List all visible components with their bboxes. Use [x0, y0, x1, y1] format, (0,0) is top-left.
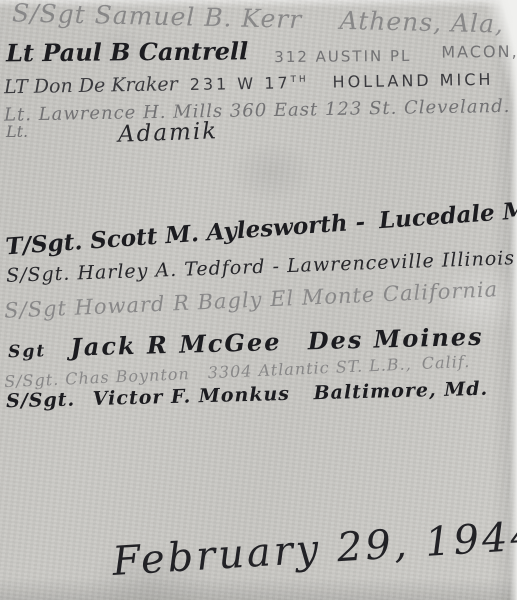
- signature-name: Adamik: [118, 118, 219, 147]
- date-line: February 29, 1944: [111, 513, 517, 585]
- signature-rank: Sgt: [8, 341, 47, 362]
- signature-name: Victor F. Monkus: [92, 383, 290, 410]
- signature-address: 3304 Atlantic ST. L.B.,: [207, 354, 412, 382]
- signature-line-kerr: S/Sgt Samuel B. Kerr Athens, Ala,: [12, 0, 505, 39]
- signature-place: Lucedale Miss: [378, 195, 517, 235]
- signature-line-mills: Lt. Lawrence H. Mills 360 East 123 St. C…: [4, 95, 517, 125]
- rank-only-lt: Lt.: [6, 122, 28, 141]
- scanned-page: S/Sgt Samuel B. Kerr Athens, Ala, Lt Pau…: [0, 0, 517, 600]
- signature-place: HOLLAND MICH: [332, 70, 493, 92]
- signature-place: Des Moines: [307, 322, 484, 356]
- signature-rank: S/Sgt.: [6, 389, 76, 413]
- signature-name: T/Sgt. Scott M. Aylesworth -: [5, 208, 366, 260]
- signature-name: Lt Paul B Cantrell: [6, 36, 248, 67]
- signature-name: S/Sgt Samuel B. Kerr: [12, 0, 303, 34]
- signature-address: 312 AUSTIN PL: [274, 47, 411, 66]
- signature-place: Baltimore, Md.: [313, 378, 488, 405]
- signature-name: Jack R McGee: [70, 327, 282, 362]
- paper-edge-right: [509, 0, 517, 600]
- signature-place: MACON, GA.: [441, 42, 517, 62]
- street-ordinal-suffix: TH: [290, 75, 308, 85]
- signature-address: 231 W 17TH: [190, 73, 309, 94]
- signature-place: Calif.: [421, 352, 470, 373]
- signature-line-adamik: Adamik: [118, 118, 219, 147]
- signature-line-cantrell: Lt Paul B Cantrell 312 AUSTIN PL MACON, …: [6, 34, 517, 68]
- signature-name: LT Don De Kraker: [4, 73, 178, 98]
- signature-name: Lt. Lawrence H. Mills 360 East 123 St. C…: [4, 95, 517, 125]
- signature-line-dekraker: LT Don De Kraker 231 W 17TH HOLLAND MICH: [4, 68, 494, 99]
